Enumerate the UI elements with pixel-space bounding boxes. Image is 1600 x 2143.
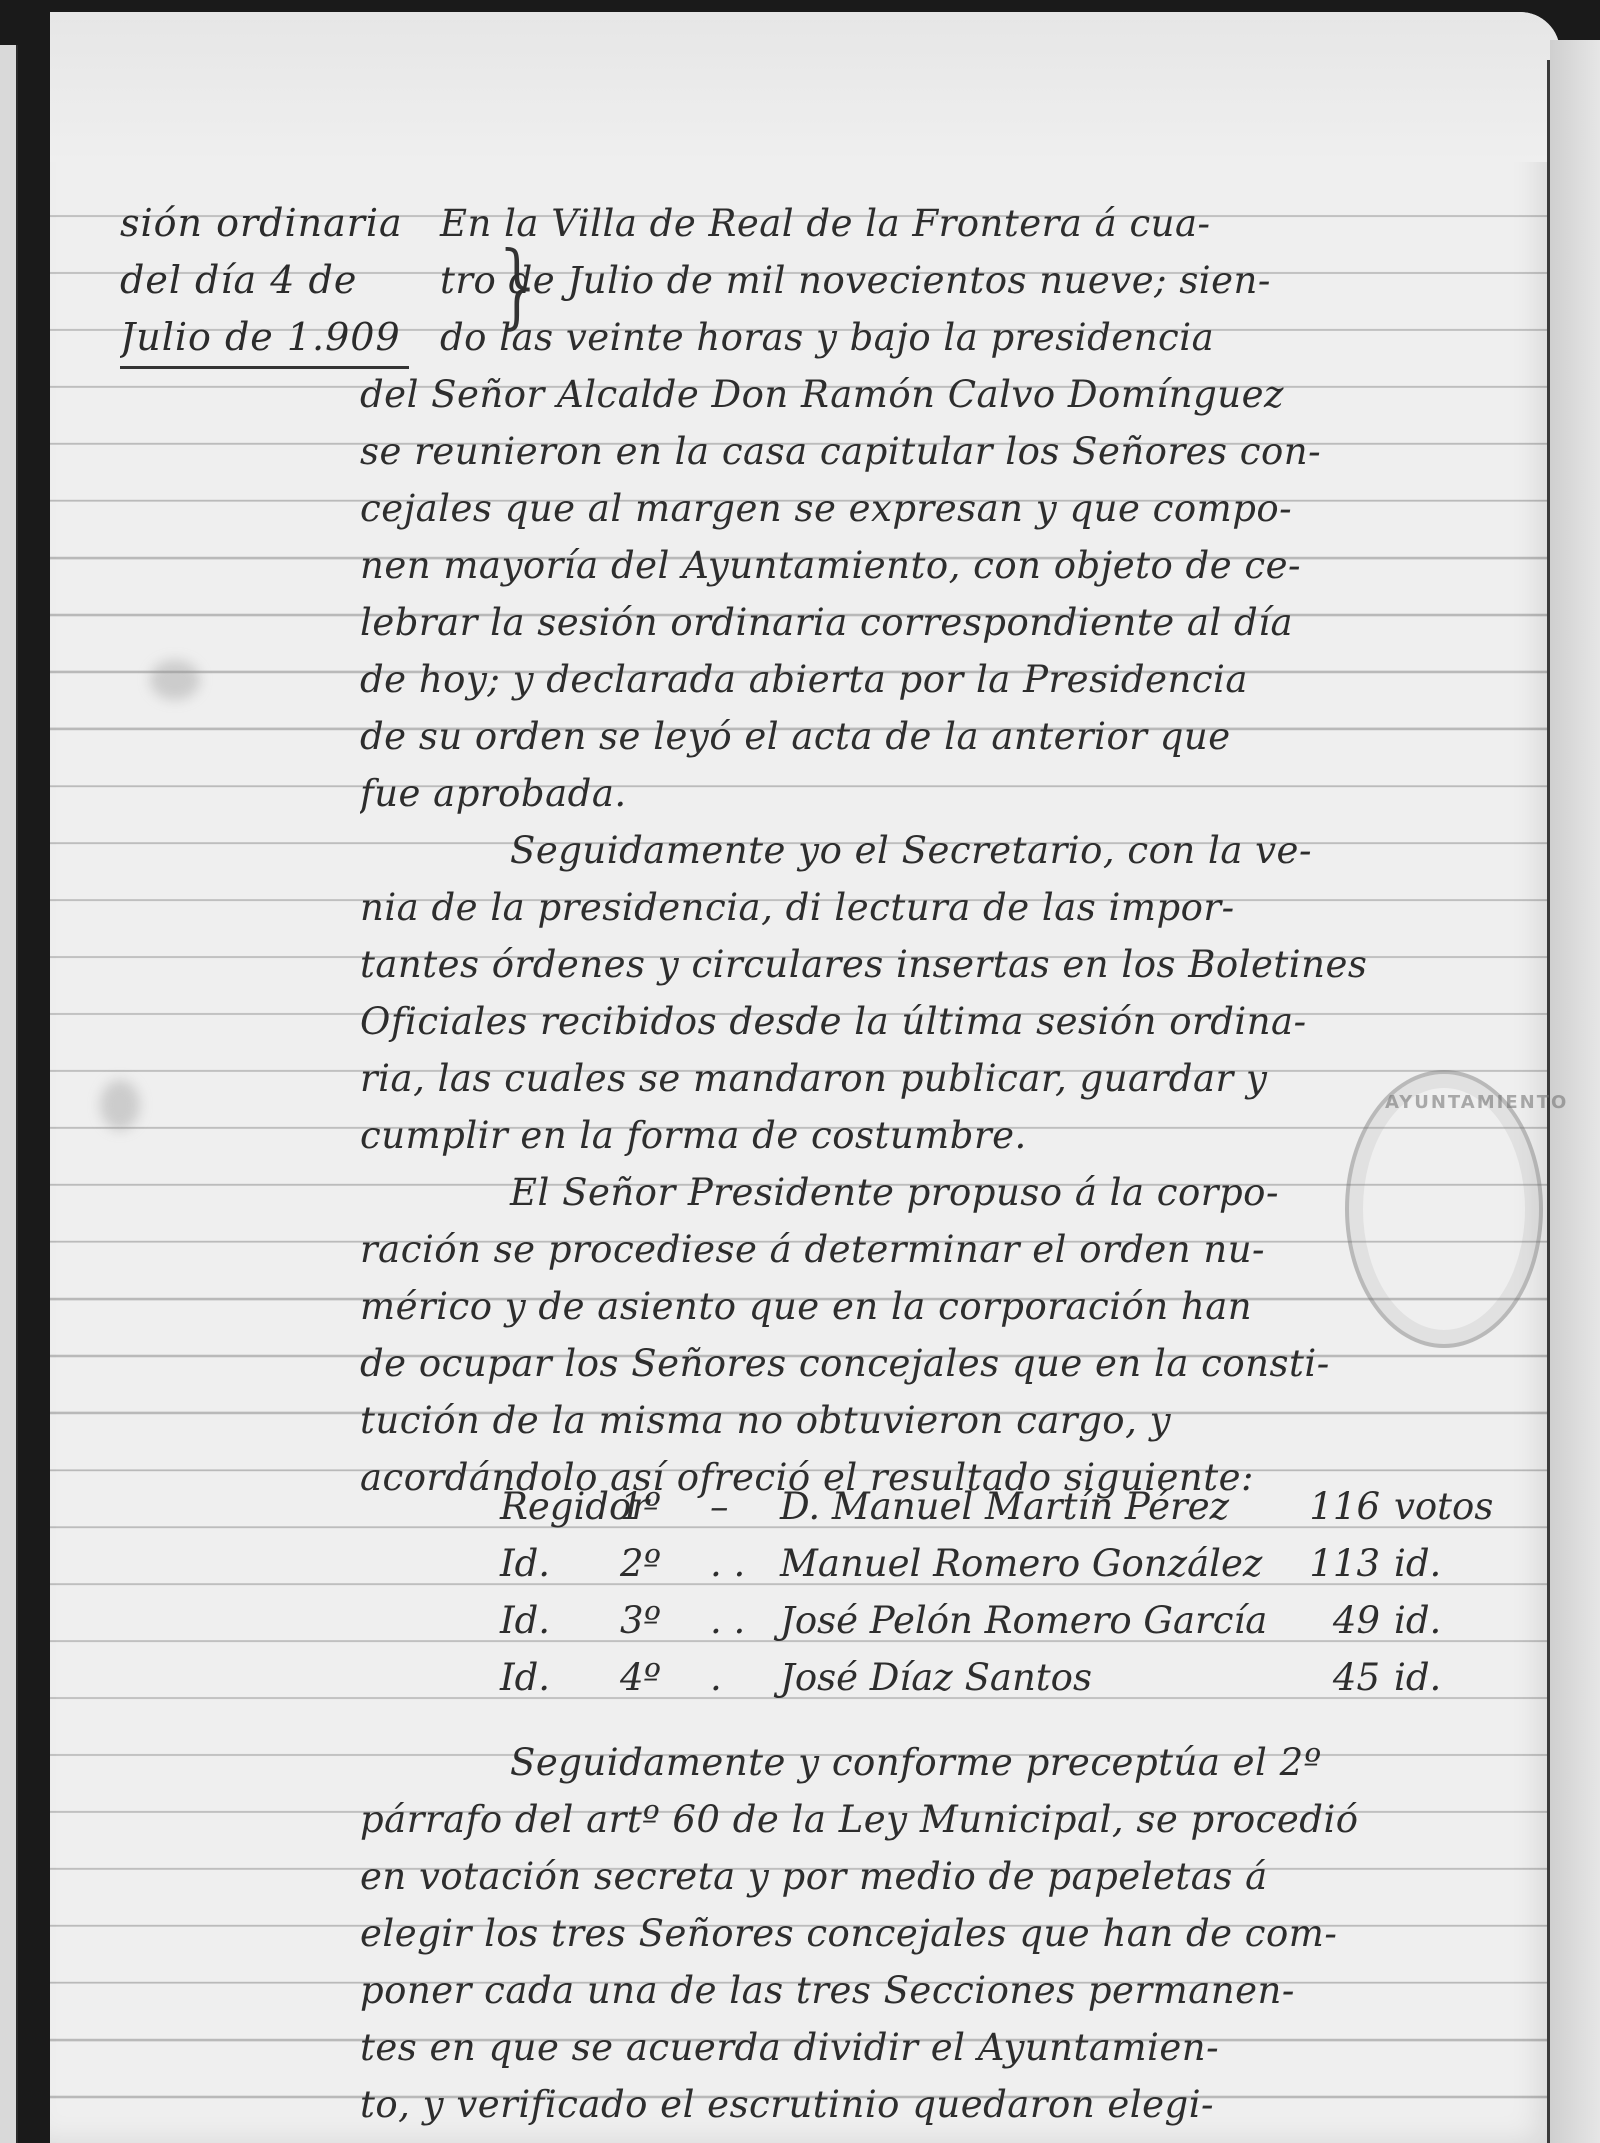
- vote-name: José Díaz Santos: [780, 1649, 1300, 1706]
- vote-count: 113: [1300, 1535, 1394, 1592]
- vote-unit: votos: [1394, 1478, 1514, 1535]
- vote-office: Regidor: [500, 1478, 620, 1535]
- text-line: se reunieron en la casa capitular los Se…: [360, 423, 1540, 480]
- vote-unit: id.: [1394, 1535, 1514, 1592]
- text-line: tes en que se acuerda dividir el Ayuntam…: [360, 2019, 1540, 2076]
- text-line: cejales que al margen se expresan y que …: [360, 480, 1540, 537]
- text-line: elegir los tres Señores concejales que h…: [360, 1905, 1540, 1962]
- text-line: de ocupar los Señores concejales que en …: [360, 1335, 1540, 1392]
- paragraph-sections: Seguidamente y conforme preceptúa el 2º …: [360, 1734, 1540, 2133]
- vote-office: Id.: [500, 1535, 620, 1592]
- vote-results-table: Regidor 1º – D. Manuel Martín Pérez 116 …: [500, 1478, 1550, 1706]
- vote-order: 4º: [620, 1649, 710, 1706]
- text-line: do las veinte horas y bajo la presidenci…: [360, 309, 1540, 366]
- vote-dots: . .: [710, 1535, 780, 1592]
- vote-row: Id. 3º . . José Pelón Romero García 49 i…: [500, 1592, 1550, 1649]
- vote-count: 45: [1300, 1649, 1394, 1706]
- vote-count: 116: [1300, 1478, 1394, 1535]
- vote-row: Id. 4º . José Díaz Santos 45 id.: [500, 1649, 1550, 1706]
- text-line: fue aprobada.: [360, 765, 1540, 822]
- vote-unit: id.: [1394, 1592, 1514, 1649]
- text-line: de hoy; y declarada abierta por la Presi…: [360, 651, 1540, 708]
- paragraph-secretary: Seguidamente yo el Secretario, con la ve…: [360, 822, 1540, 1164]
- text-line: lebrar la sesión ordinaria correspondien…: [360, 594, 1540, 651]
- vote-row: Id. 2º . . Manuel Romero González 113 id…: [500, 1535, 1550, 1592]
- text-line: Oficiales recibidos desde la última sesi…: [360, 993, 1540, 1050]
- text-line: poner cada una de las tres Secciones per…: [360, 1962, 1540, 2019]
- text-line: Seguidamente y conforme preceptúa el 2º: [360, 1734, 1540, 1791]
- text-line: del Señor Alcalde Don Ramón Calvo Domíng…: [360, 366, 1540, 423]
- text-line: tución de la misma no obtuvieron cargo, …: [360, 1392, 1540, 1449]
- ink-smudge: [150, 660, 200, 700]
- vote-dots: .: [710, 1649, 780, 1706]
- text-line: párrafo del artº 60 de la Ley Municipal,…: [360, 1791, 1540, 1848]
- vote-office: Id.: [500, 1649, 620, 1706]
- vote-dots: . .: [710, 1592, 780, 1649]
- page-top-shading: [50, 12, 1560, 162]
- text-line: tro de Julio de mil novecientos nueve; s…: [360, 252, 1540, 309]
- paragraph-opening: En la Villa de Real de la Frontera á cua…: [360, 195, 1540, 822]
- vote-office: Id.: [500, 1592, 620, 1649]
- vote-dots: –: [710, 1478, 780, 1535]
- vote-unit: id.: [1394, 1649, 1514, 1706]
- text-line: to, y verificado el escrutinio quedaron …: [360, 2076, 1540, 2133]
- text-line: Seguidamente yo el Secretario, con la ve…: [360, 822, 1540, 879]
- vote-count: 49: [1300, 1592, 1394, 1649]
- vote-row: Regidor 1º – D. Manuel Martín Pérez 116 …: [500, 1478, 1550, 1535]
- text-line: de su orden se leyó el acta de la anteri…: [360, 708, 1540, 765]
- vote-name: José Pelón Romero García: [780, 1592, 1300, 1649]
- text-line: ria, las cuales se mandaron publicar, gu…: [360, 1050, 1540, 1107]
- text-line: en votación secreta y por medio de papel…: [360, 1848, 1540, 1905]
- book-left-edge: [0, 45, 18, 2143]
- vote-order: 2º: [620, 1535, 710, 1592]
- vote-order: 1º: [620, 1478, 710, 1535]
- vote-name: Manuel Romero González: [780, 1535, 1300, 1592]
- vote-order: 3º: [620, 1592, 710, 1649]
- ink-smudge: [100, 1080, 140, 1130]
- vote-name: D. Manuel Martín Pérez: [780, 1478, 1300, 1535]
- text-line: tantes órdenes y circulares insertas en …: [360, 936, 1540, 993]
- text-line: nia de la presidencia, di lectura de las…: [360, 879, 1540, 936]
- text-line: nen mayoría del Ayuntamiento, con objeto…: [360, 537, 1540, 594]
- text-line: En la Villa de Real de la Frontera á cua…: [360, 195, 1540, 252]
- seal-label: AYUNTAMIENTO: [1385, 1092, 1568, 1113]
